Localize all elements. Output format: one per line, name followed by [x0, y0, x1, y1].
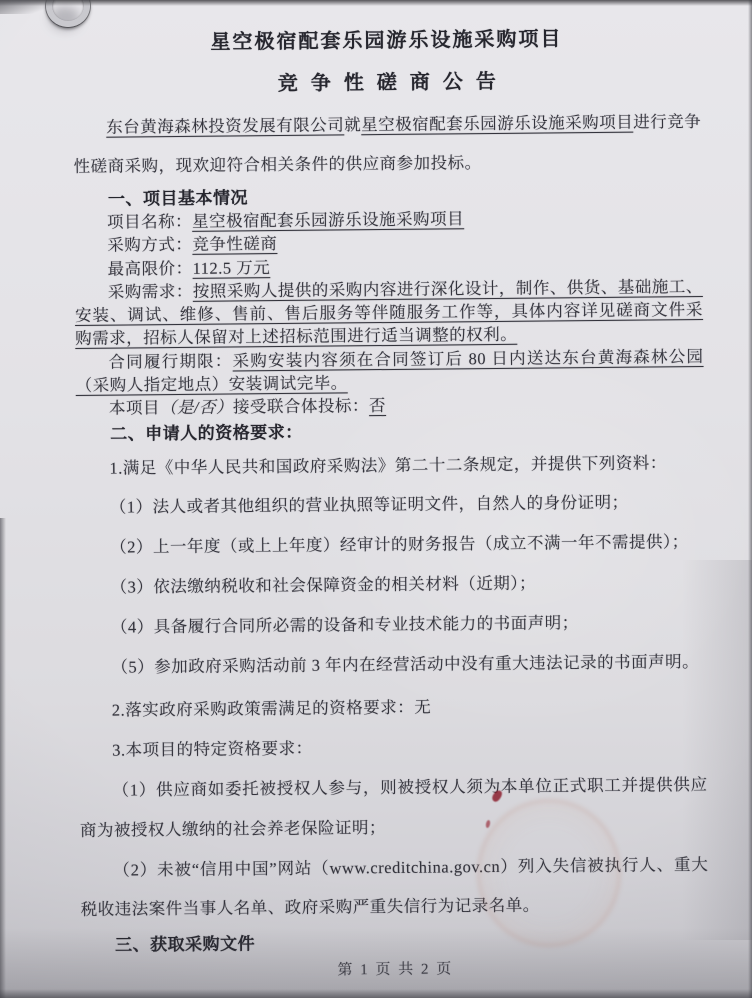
photo-edge-left — [0, 518, 6, 998]
qualification-item-1-3: （3）依法缴纳税收和社会保障资金的相关材料（近期）； — [77, 562, 705, 608]
field-label: 采购需求： — [108, 282, 193, 302]
field-contract-period: 合同履行期限：采购安装内容须在合同签订后 80 日内送达东台黄海森林公园（采购人… — [75, 345, 703, 398]
field-label: 最高限价： — [107, 258, 192, 278]
field-value: 112.5 万元 — [192, 258, 270, 278]
photo-corner-top-left — [0, 0, 56, 14]
project-name-inline: 星空极宿配套乐园游乐设施采购项目 — [361, 113, 633, 135]
qualification-item-1: 1.满足《中华人民共和国政府采购法》第二十二条规定，并提供下列资料： — [76, 443, 704, 489]
qualification-item-2: 2.落实政府采购政策需满足的资格要求：无 — [79, 685, 707, 731]
document-body: 星空极宿配套乐园游乐设施采购项目 竞争性磋商公告 东台黄海森林投资发展有限公司就… — [72, 0, 709, 984]
intro-paragraph: 东台黄海森林投资发展有限公司就星空极宿配套乐园游乐设施采购项目进行竞争性磋商采购… — [73, 102, 702, 186]
photo-edge-top — [0, 0, 752, 6]
photo-edge-bottom — [0, 989, 752, 998]
joint-bid-post: 接受联合体投标： — [233, 397, 369, 417]
field-label: 采购方式： — [107, 235, 192, 255]
section2-heading: 二、申请人的资格要求： — [76, 417, 704, 446]
qualification-item-1-2: （2）上一年度（或上上年度）经审计的财务报告（成立不满一年不需提供）； — [77, 522, 705, 568]
paper-sheet: 星空极宿配套乐园游乐设施采购项目 竞争性磋商公告 东台黄海森林投资发展有限公司就… — [0, 0, 752, 998]
joint-bid-answer: 否 — [369, 396, 386, 415]
field-label: 项目名称： — [107, 212, 192, 232]
field-value: 竞争性磋商 — [192, 234, 277, 254]
joint-bid-yes-no: （是/否） — [160, 398, 233, 418]
purchaser-name: 东台黄海森林投资发展有限公司 — [106, 115, 344, 136]
joint-bid-pre: 本项目 — [109, 399, 160, 418]
intro-conjunction: 就 — [344, 115, 361, 134]
qualification-item-1-4: （4）具备履行合同所必需的设备和专业技术能力的书面声明； — [78, 602, 706, 648]
doc-title: 星空极宿配套乐园游乐设施采购项目 — [72, 25, 700, 57]
paper-shade-bottom — [0, 928, 752, 998]
field-joint-bid: 本项目（是/否）接受联合体投标：否 — [76, 391, 704, 420]
doc-subtitle: 竞争性磋商公告 — [73, 67, 701, 100]
qualification-item-1-5: （5）参加政府采购活动前 3 年内在经营活动中没有重大违法记录的书面声明。 — [78, 642, 706, 688]
paper-shade-right — [682, 560, 752, 940]
stamp-bleed-circle — [477, 799, 621, 947]
field-label: 合同履行期限： — [108, 351, 232, 371]
field-value: 星空极宿配套乐园游乐设施采购项目 — [192, 209, 464, 231]
field-procurement-demand: 采购需求：按照采购人提供的采购内容进行深化设计，制作、供货、基础施工、安装、调试… — [75, 275, 704, 351]
qualification-item-1-1: （1）法人或者其他组织的营业执照等证明文件，自然人的身份证明； — [77, 482, 705, 528]
qualification-item-3-1: （1）供应商如委托被授权人参与，则被授权人须为本单位正式职工并提供供应商为被授权… — [79, 765, 708, 851]
qualification-item-3: 3.本项目的特定资格要求： — [79, 725, 707, 771]
